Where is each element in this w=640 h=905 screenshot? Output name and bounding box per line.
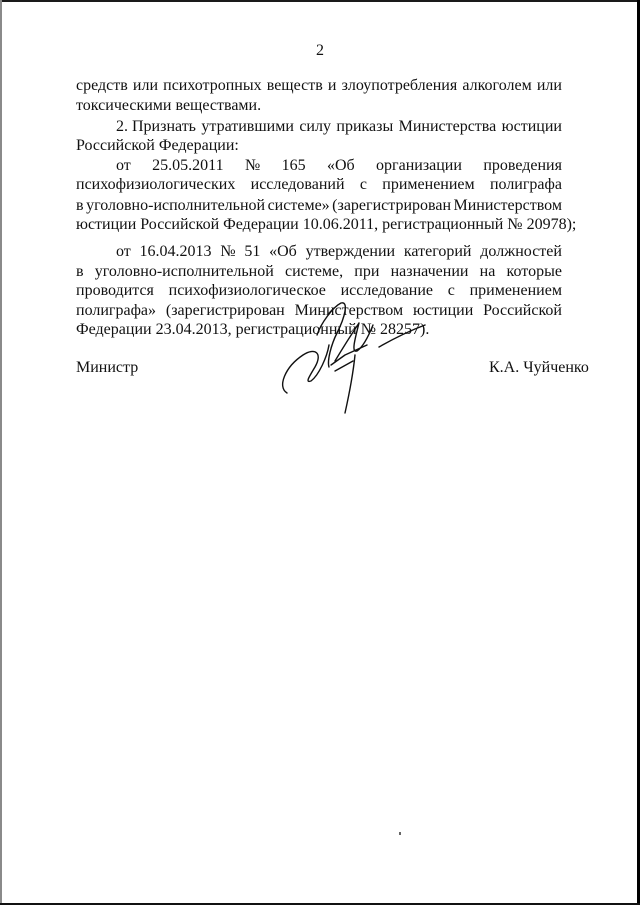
word: от xyxy=(116,156,131,175)
word: 16.04.2013 xyxy=(140,242,212,261)
text-line: токсическими веществами. xyxy=(76,96,562,115)
word: или xyxy=(133,76,158,95)
word: 165 xyxy=(282,156,306,175)
word: категорий xyxy=(404,242,472,261)
word: проведения xyxy=(483,156,562,175)
word: Министерства xyxy=(399,117,497,136)
scan-border-left xyxy=(0,0,2,905)
word: уголовно-исполнительной xyxy=(95,262,274,281)
word: «Об xyxy=(269,242,297,261)
word: организации xyxy=(376,156,462,175)
word: № xyxy=(220,242,235,261)
text-line: 2. ПризнатьутратившимисилуприказыМинисте… xyxy=(116,117,562,136)
word: психотропных xyxy=(163,76,261,95)
word: психофизиологических xyxy=(76,175,235,194)
text-line: вуголовно-исполнительнойсистеме»(зарегис… xyxy=(76,196,562,215)
word: назначении xyxy=(391,262,469,281)
text-line: средствилипсихотропныхвеществизлоупотреб… xyxy=(76,76,562,95)
word: при xyxy=(354,262,379,281)
word: применением xyxy=(470,281,562,300)
word: применением xyxy=(382,175,474,194)
page-number: 2 xyxy=(0,42,640,60)
word: должностей xyxy=(480,242,562,261)
text-line: вуголовно-исполнительнойсистеме,приназна… xyxy=(76,262,562,281)
word: которые xyxy=(507,262,562,281)
scan-border-top xyxy=(0,0,640,2)
word: (зарегистрирован xyxy=(166,301,285,320)
word: злоупотребления xyxy=(342,76,458,95)
word: «Об xyxy=(327,156,355,175)
text-line: юстиции Российской Федерации 10.06.2011,… xyxy=(76,215,562,234)
word: 51 xyxy=(244,242,260,261)
word: алкоголем xyxy=(462,76,531,95)
word: системе, xyxy=(285,262,343,281)
text-line: от16.04.2013№51«Обутверждениикатегорийдо… xyxy=(116,242,562,261)
word: № xyxy=(245,156,260,175)
word: полиграфа» xyxy=(76,301,156,320)
word: Российской xyxy=(483,301,562,320)
word: Министерством xyxy=(454,196,562,215)
word: уголовно-исполнительной xyxy=(86,196,265,215)
word: приказы xyxy=(336,117,393,136)
word: или xyxy=(537,76,562,95)
word: 25.05.2011 xyxy=(152,156,223,175)
word: с xyxy=(448,281,455,300)
word: системе» xyxy=(268,196,330,215)
word: полиграфа xyxy=(490,175,562,194)
word: силу xyxy=(299,117,331,136)
signatory-title: Министр xyxy=(76,359,138,377)
handwritten-signature-icon xyxy=(275,295,435,420)
word: (зарегистрирован xyxy=(332,196,451,215)
word: 2. Признать xyxy=(116,117,196,136)
word: средств xyxy=(76,76,128,95)
word: в xyxy=(76,262,84,281)
word: утратившими xyxy=(201,117,294,136)
word: утверждении xyxy=(306,242,396,261)
word: с xyxy=(360,175,367,194)
word: проводится xyxy=(76,281,154,300)
word: юстиции xyxy=(502,117,562,136)
word: исследований xyxy=(251,175,345,194)
word: веществ xyxy=(267,76,323,95)
word: от xyxy=(116,242,131,261)
word: на xyxy=(480,262,496,281)
text-line: Российской Федерации: xyxy=(76,136,562,155)
word: и xyxy=(328,76,337,95)
signatory-name: К.А. Чуйченко xyxy=(489,359,589,377)
scan-speck xyxy=(399,832,401,835)
text-line: от25.05.2011№165«Оборганизациипроведения xyxy=(116,156,562,175)
text-line: психофизиологическихисследованийспримене… xyxy=(76,175,562,194)
word: в xyxy=(76,196,84,215)
